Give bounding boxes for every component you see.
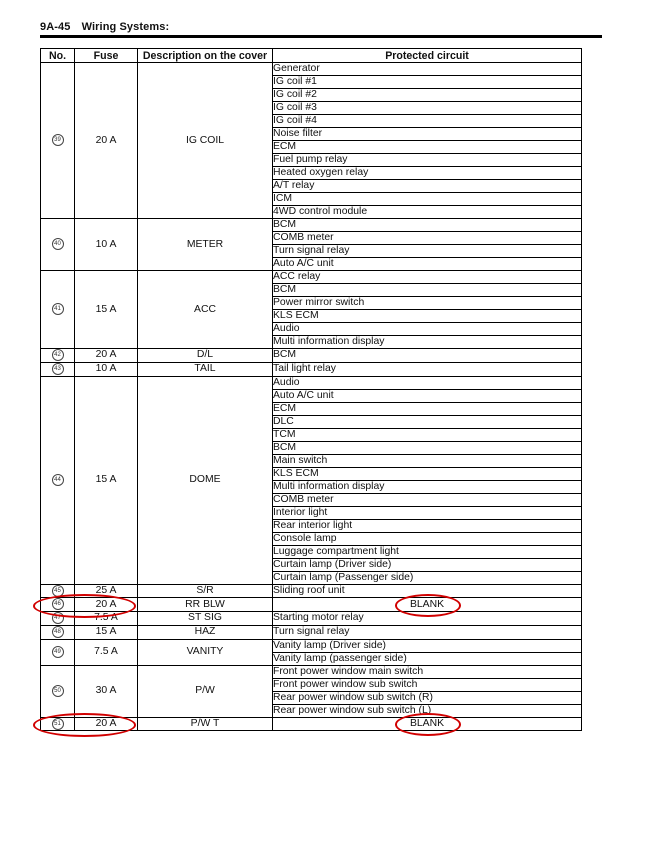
table-row: 3920 AIG COILGenerator <box>41 63 582 76</box>
protected-circuit-cell: Generator <box>273 63 582 76</box>
protected-circuit-cell: Curtain lamp (Passenger side) <box>273 571 582 584</box>
protected-circuit-cell: Vanity lamp (passenger side) <box>273 652 582 665</box>
fuse-number-cell: 44 <box>41 376 75 584</box>
fuse-number-badge: 44 <box>52 474 64 486</box>
protected-circuit-cell: BCM <box>273 349 582 363</box>
fuse-number-badge: 39 <box>52 134 64 146</box>
fuse-number-badge: 50 <box>52 685 64 697</box>
protected-circuit-cell: Turn signal relay <box>273 245 582 258</box>
fuse-number-badge: 49 <box>52 646 64 658</box>
header-fuse: Fuse <box>75 49 138 63</box>
table-header-row: No. Fuse Description on the cover Protec… <box>41 49 582 63</box>
fuse-number-badge: 45 <box>52 585 64 597</box>
protected-circuit-cell: ACC relay <box>273 271 582 284</box>
cover-description-cell: P/W T <box>138 717 273 731</box>
protected-circuit-cell: COMB meter <box>273 232 582 245</box>
fuse-number-badge: 41 <box>52 303 64 315</box>
protected-circuit-cell: Heated oxygen relay <box>273 167 582 180</box>
protected-circuit-cell: ICM <box>273 193 582 206</box>
protected-circuit-cell: Audio <box>273 323 582 336</box>
fuse-rating-cell: 15 A <box>75 625 138 639</box>
protected-circuit-cell: ECM <box>273 141 582 154</box>
table-row: 5120 AP/W TBLANK <box>41 717 582 731</box>
table-row: 4310 ATAILTail light relay <box>41 362 582 376</box>
fuse-rating-cell: 30 A <box>75 665 138 717</box>
cover-description-cell: HAZ <box>138 625 273 639</box>
fuse-rating-cell: 20 A <box>75 598 138 612</box>
protected-circuit-cell: Curtain lamp (Driver side) <box>273 558 582 571</box>
blank-circuit-cell: BLANK <box>273 598 582 612</box>
fuse-number-cell: 49 <box>41 639 75 665</box>
protected-circuit-cell: Auto A/C unit <box>273 389 582 402</box>
protected-circuit-cell: Power mirror switch <box>273 297 582 310</box>
header-rule <box>40 35 602 38</box>
cover-description-cell: RR BLW <box>138 598 273 612</box>
protected-circuit-cell: Rear power window sub switch (R) <box>273 691 582 704</box>
protected-circuit-cell: Rear power window sub switch (L) <box>273 704 582 717</box>
protected-circuit-cell: Sliding roof unit <box>273 584 582 598</box>
fuse-number-badge: 47 <box>52 612 64 624</box>
protected-circuit-cell: COMB meter <box>273 493 582 506</box>
protected-circuit-cell: DLC <box>273 415 582 428</box>
table-body: 3920 AIG COILGeneratorIG coil #1IG coil … <box>41 63 582 731</box>
protected-circuit-cell: Audio <box>273 376 582 389</box>
fuse-rating-cell: 7.5 A <box>75 612 138 626</box>
protected-circuit-cell: KLS ECM <box>273 467 582 480</box>
fuse-number-badge: 43 <box>52 363 64 375</box>
protected-circuit-cell: Rear interior light <box>273 519 582 532</box>
table-row: 477.5 AST SIGStarting motor relay <box>41 612 582 626</box>
protected-circuit-cell: Console lamp <box>273 532 582 545</box>
protected-circuit-cell: KLS ECM <box>273 310 582 323</box>
fuse-number-cell: 51 <box>41 717 75 731</box>
page-code: 9A-45 <box>40 21 70 33</box>
fuse-rating-cell: 7.5 A <box>75 639 138 665</box>
fuse-number-badge: 42 <box>52 349 64 361</box>
cover-description-cell: S/R <box>138 584 273 598</box>
cover-description-cell: D/L <box>138 349 273 363</box>
blank-circuit-cell: BLANK <box>273 717 582 731</box>
fuse-number-badge: 51 <box>52 718 64 730</box>
table-row: 4415 ADOMEAudio <box>41 376 582 389</box>
protected-circuit-cell: Front power window sub switch <box>273 678 582 691</box>
protected-circuit-cell: Tail light relay <box>273 362 582 376</box>
protected-circuit-cell: IG coil #3 <box>273 102 582 115</box>
header-protected-circuit: Protected circuit <box>273 49 582 63</box>
protected-circuit-cell: 4WD control module <box>273 206 582 219</box>
table-row: 4620 ARR BLWBLANK <box>41 598 582 612</box>
protected-circuit-cell: Auto A/C unit <box>273 258 582 271</box>
fuse-rating-cell: 10 A <box>75 219 138 271</box>
protected-circuit-cell: BCM <box>273 219 582 232</box>
header-no: No. <box>41 49 75 63</box>
table-row: 4115 AACCACC relay <box>41 271 582 284</box>
cover-description-cell: DOME <box>138 376 273 584</box>
page-header: 9A-45 Wiring Systems: <box>40 21 169 33</box>
fuse-rating-cell: 20 A <box>75 349 138 363</box>
protected-circuit-cell: Main switch <box>273 454 582 467</box>
fuse-number-cell: 42 <box>41 349 75 363</box>
table-row: 4010 AMETERBCM <box>41 219 582 232</box>
fuse-rating-cell: 20 A <box>75 63 138 219</box>
protected-circuit-cell: Starting motor relay <box>273 612 582 626</box>
fuse-number-cell: 43 <box>41 362 75 376</box>
protected-circuit-cell: IG coil #1 <box>273 76 582 89</box>
fuse-rating-cell: 15 A <box>75 271 138 349</box>
fuse-number-cell: 46 <box>41 598 75 612</box>
cover-description-cell: ACC <box>138 271 273 349</box>
fuse-number-cell: 47 <box>41 612 75 626</box>
fuse-number-cell: 50 <box>41 665 75 717</box>
fuse-rating-cell: 10 A <box>75 362 138 376</box>
fuse-number-cell: 41 <box>41 271 75 349</box>
protected-circuit-cell: Turn signal relay <box>273 625 582 639</box>
fuse-rating-cell: 20 A <box>75 717 138 731</box>
protected-circuit-cell: ECM <box>273 402 582 415</box>
protected-circuit-cell: Noise filter <box>273 128 582 141</box>
protected-circuit-cell: Vanity lamp (Driver side) <box>273 639 582 652</box>
protected-circuit-cell: IG coil #2 <box>273 89 582 102</box>
protected-circuit-cell: Multi information display <box>273 480 582 493</box>
fuse-number-badge: 46 <box>52 598 64 610</box>
header-description: Description on the cover <box>138 49 273 63</box>
fuse-number-cell: 39 <box>41 63 75 219</box>
protected-circuit-cell: Front power window main switch <box>273 665 582 678</box>
protected-circuit-cell: Fuel pump relay <box>273 154 582 167</box>
fuse-rating-cell: 25 A <box>75 584 138 598</box>
cover-description-cell: IG COIL <box>138 63 273 219</box>
fuse-number-badge: 48 <box>52 626 64 638</box>
table-row: 497.5 AVANITYVanity lamp (Driver side) <box>41 639 582 652</box>
section-title: Wiring Systems: <box>82 21 170 33</box>
protected-circuit-cell: Luggage compartment light <box>273 545 582 558</box>
protected-circuit-cell: IG coil #4 <box>273 115 582 128</box>
fuse-number-badge: 40 <box>52 238 64 250</box>
fuse-number-cell: 48 <box>41 625 75 639</box>
fuse-table: No. Fuse Description on the cover Protec… <box>40 48 582 731</box>
protected-circuit-cell: TCM <box>273 428 582 441</box>
cover-description-cell: P/W <box>138 665 273 717</box>
protected-circuit-cell: A/T relay <box>273 180 582 193</box>
cover-description-cell: TAIL <box>138 362 273 376</box>
table-row: 4220 AD/LBCM <box>41 349 582 363</box>
fuse-rating-cell: 15 A <box>75 376 138 584</box>
fuse-number-cell: 45 <box>41 584 75 598</box>
protected-circuit-cell: Multi information display <box>273 336 582 349</box>
table-row: 4815 AHAZTurn signal relay <box>41 625 582 639</box>
cover-description-cell: VANITY <box>138 639 273 665</box>
protected-circuit-cell: BCM <box>273 441 582 454</box>
cover-description-cell: METER <box>138 219 273 271</box>
cover-description-cell: ST SIG <box>138 612 273 626</box>
protected-circuit-cell: BCM <box>273 284 582 297</box>
table-row: 5030 AP/WFront power window main switch <box>41 665 582 678</box>
protected-circuit-cell: Interior light <box>273 506 582 519</box>
table-row: 4525 AS/RSliding roof unit <box>41 584 582 598</box>
fuse-number-cell: 40 <box>41 219 75 271</box>
